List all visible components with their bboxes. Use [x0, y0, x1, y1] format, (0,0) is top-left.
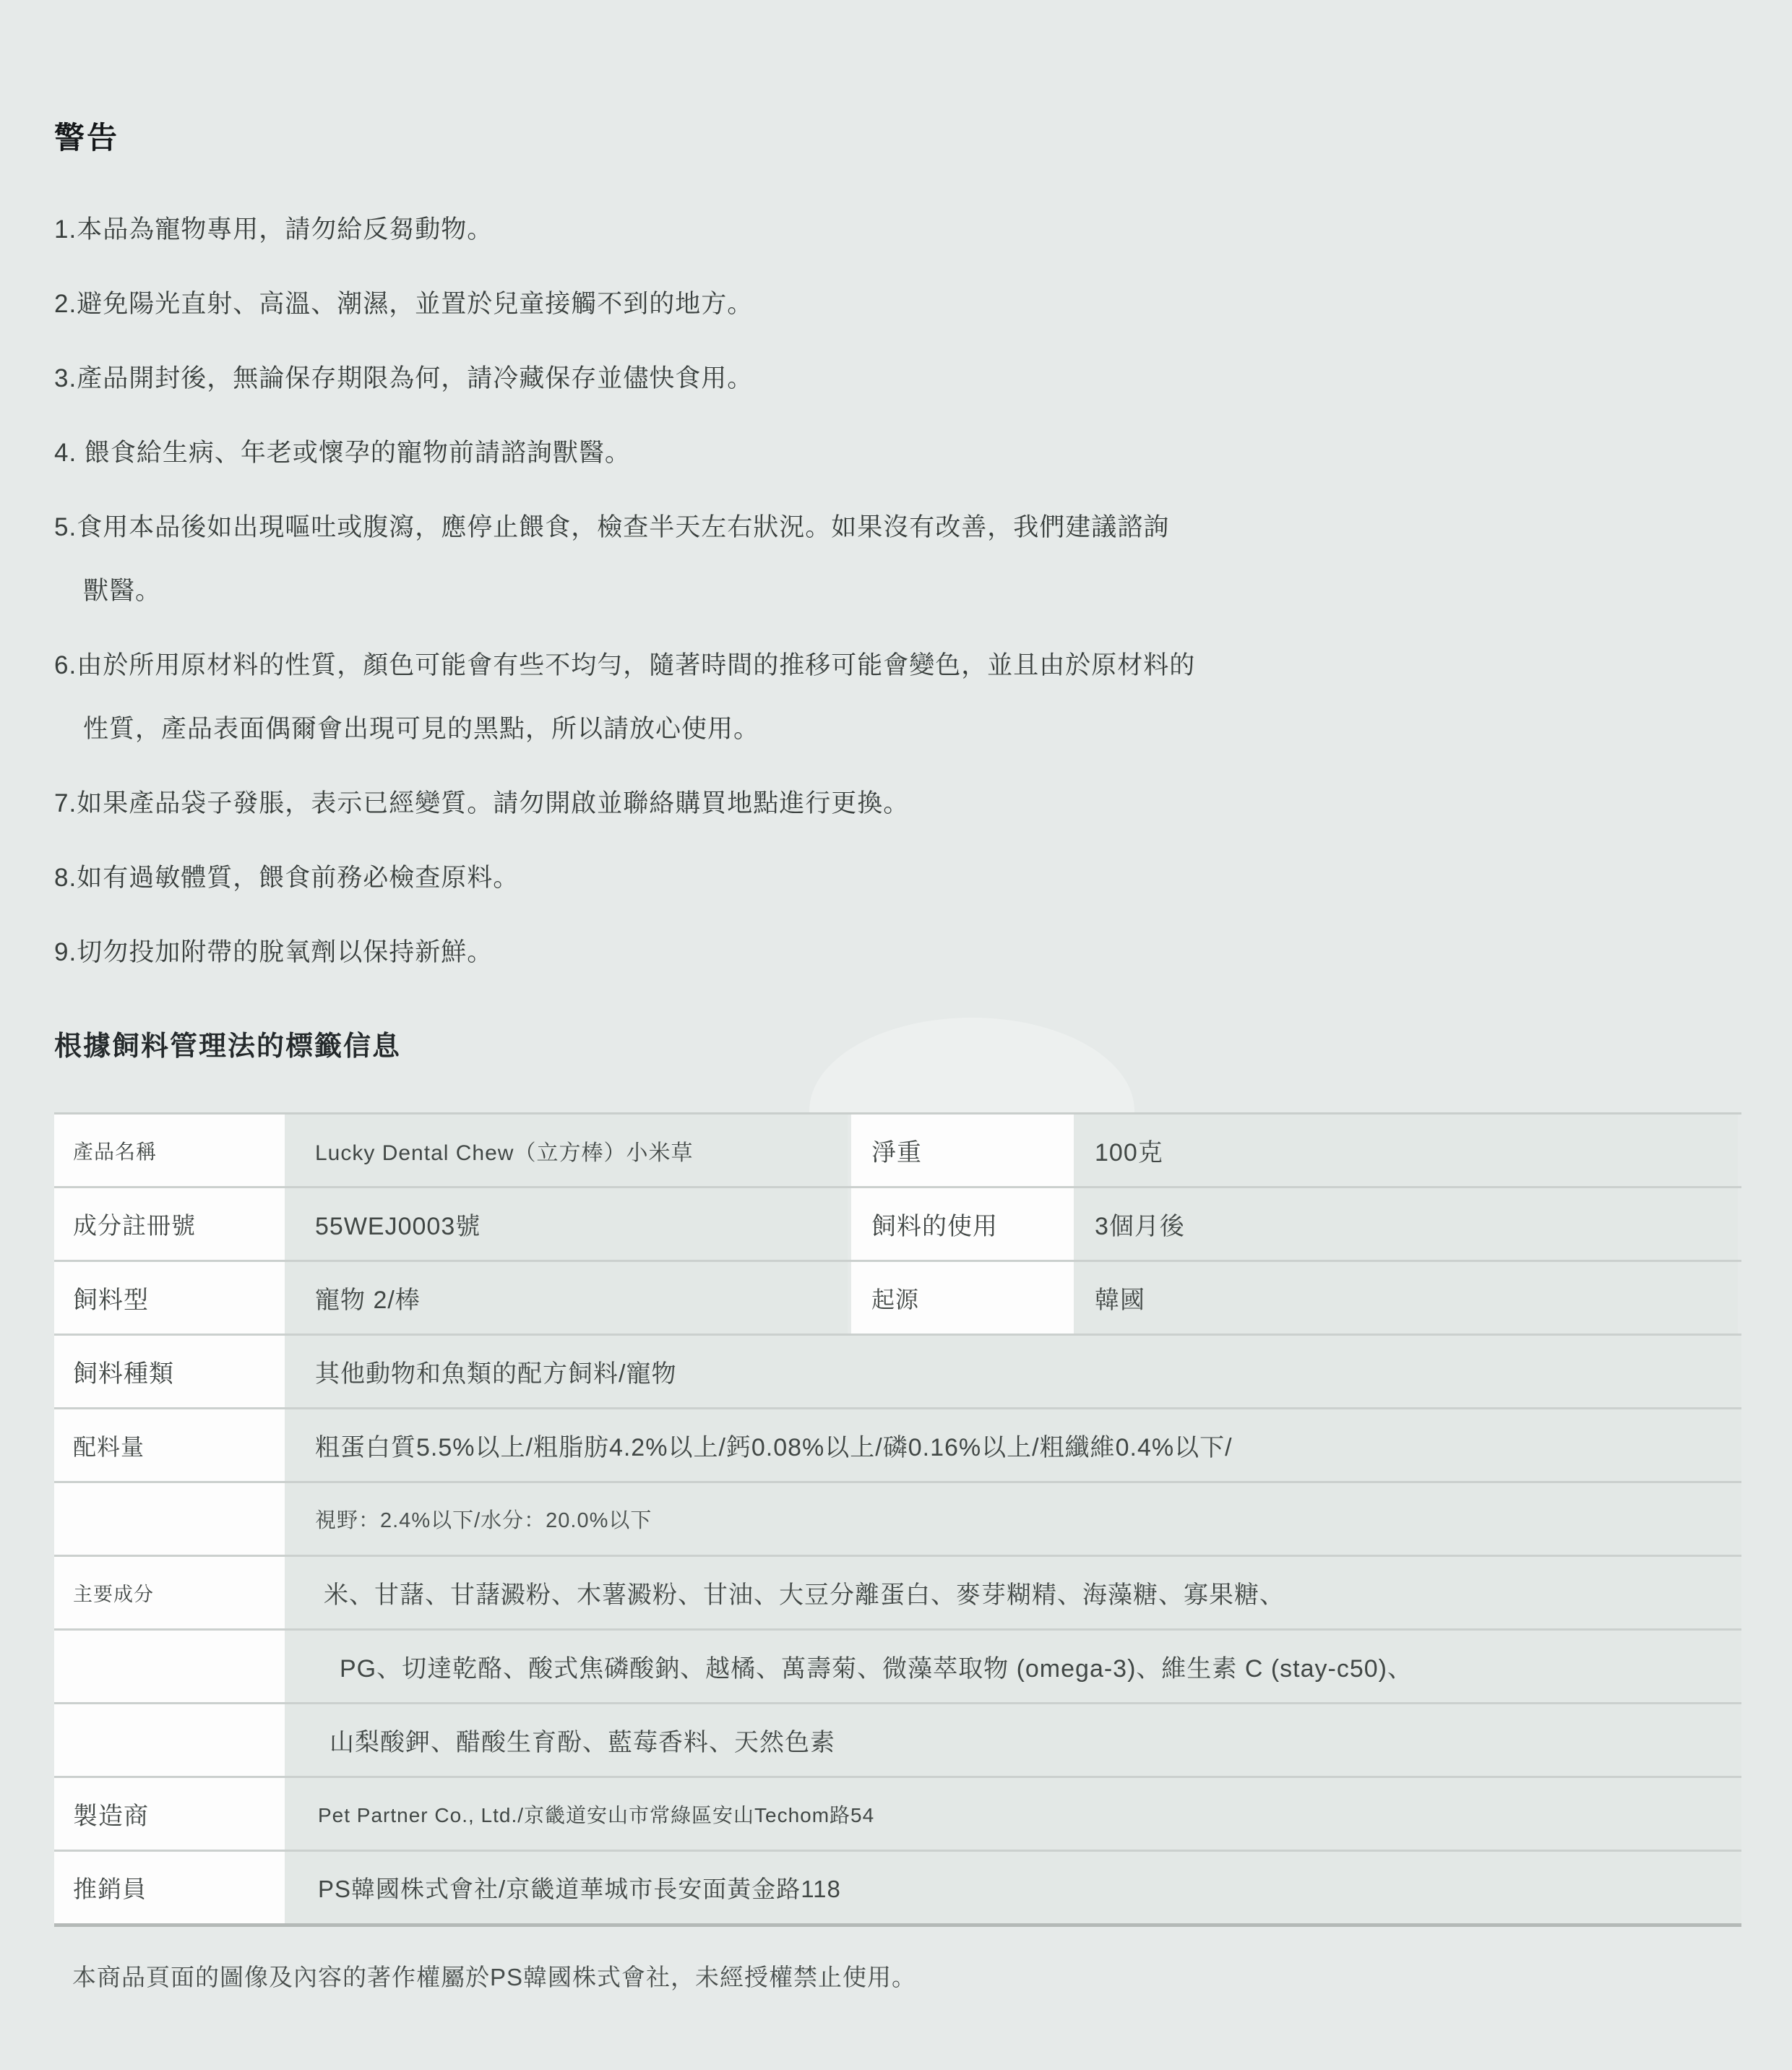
table-value-cell: 韓國	[1074, 1262, 1738, 1334]
warning-item: 2.避免陽光直射、高溫、潮濕，並置於兒童接觸不到的地方。	[54, 291, 1741, 317]
table-row: 視野：2.4%以下/水分：20.0%以下	[54, 1483, 1741, 1557]
table-value-cell: 粗蛋白質5.5%以上/粗脂肪4.2%以上/鈣0.08%以上/磷0.16%以上/粗…	[285, 1409, 1741, 1481]
label-info-table: 產品名稱Lucky Dental Chew（立方棒）小米草淨重100克成分註冊號…	[54, 1112, 1741, 1927]
warning-list: 1.本品為寵物專用，請勿給反芻動物。2.避免陽光直射、高溫、潮濕，並置於兒童接觸…	[54, 217, 1741, 965]
table-label-cell: 產品名稱	[54, 1115, 285, 1186]
table-value-cell: 山梨酸鉀、醋酸生育酚、藍莓香料、天然色素	[285, 1704, 1741, 1776]
table-row: 製造商Pet Partner Co., Ltd./京畿道安山市常綠區安山Tech…	[54, 1778, 1741, 1852]
table-row: 產品名稱Lucky Dental Chew（立方棒）小米草淨重100克	[54, 1115, 1741, 1188]
warning-item: 4. 餵食給生病、年老或懷孕的寵物前請諮詢獸醫。	[54, 440, 1741, 465]
table-row: 推銷員PS韓國株式會社/京畿道華城市長安面黃金路118	[54, 1852, 1741, 1923]
table-value-cell: 100克	[1074, 1115, 1738, 1186]
table-row: 主要成分米、甘藷、甘藷澱粉、木薯澱粉、甘油、大豆分離蛋白、麥芽糊精、海藻糖、寡果…	[54, 1557, 1741, 1631]
table-value-cell: 55WEJ0003號	[285, 1188, 848, 1260]
table-label-cell: 成分註冊號	[54, 1188, 285, 1260]
table-value-cell: PS韓國株式會社/京畿道華城市長安面黃金路118	[285, 1852, 1741, 1923]
warning-item: 性質，產品表面偶爾會出現可見的黑點，所以請放心使用。	[54, 716, 1741, 742]
warning-section-title: 警告	[54, 123, 1741, 153]
copyright-note: 本商品頁面的圖像及內容的著作權屬於PS韓國株式會社，未經授權禁止使用。	[54, 1964, 1741, 1990]
table-row: PG、切達乾酪、酸式焦磷酸鈉、越橘、萬壽菊、微藻萃取物 (omega-3)、維生…	[54, 1631, 1741, 1704]
table-label-cell: 飼料的使用	[848, 1188, 1074, 1260]
table-value-cell: Lucky Dental Chew（立方棒）小米草	[285, 1115, 848, 1186]
warning-item: 1.本品為寵物專用，請勿給反芻動物。	[54, 217, 1741, 242]
table-value-cell: 寵物 2/棒	[285, 1262, 848, 1334]
warning-item: 獸醫。	[54, 578, 1741, 604]
table-value-cell: 其他動物和魚類的配方飼料/寵物	[285, 1336, 1741, 1407]
warning-item: 5.食用本品後如出現嘔吐或腹瀉，應停止餵食，檢查半天左右狀況。如果沒有改善，我們…	[54, 515, 1741, 540]
table-value-cell: Pet Partner Co., Ltd./京畿道安山市常綠區安山Techom路…	[285, 1778, 1741, 1850]
table-value-cell: 3個月後	[1074, 1188, 1738, 1260]
warning-item: 6.由於所用原材料的性質，顏色可能會有些不均勻，隨著時間的推移可能會變色，並且由…	[54, 653, 1741, 678]
product-info-page: 警告 1.本品為寵物專用，請勿給反芻動物。2.避免陽光直射、高溫、潮濕，並置於兒…	[0, 0, 1792, 1990]
table-label-cell	[54, 1631, 285, 1702]
table-label-cell: 推銷員	[54, 1852, 285, 1923]
table-label-cell	[54, 1704, 285, 1776]
table-row: 飼料型寵物 2/棒起源韓國	[54, 1262, 1741, 1336]
warning-item: 9.切勿投加附帶的脫氧劑以保持新鮮。	[54, 940, 1741, 965]
table-label-cell: 配料量	[54, 1409, 285, 1481]
table-label-cell	[54, 1483, 285, 1555]
warning-item: 7.如果產品袋子發脹，表示已經變質。請勿開啟並聯絡購買地點進行更換。	[54, 791, 1741, 816]
table-row: 山梨酸鉀、醋酸生育酚、藍莓香料、天然色素	[54, 1704, 1741, 1778]
table-value-cell: 視野：2.4%以下/水分：20.0%以下	[285, 1483, 1741, 1555]
table-label-cell: 主要成分	[54, 1557, 285, 1628]
table-value-cell: PG、切達乾酪、酸式焦磷酸鈉、越橘、萬壽菊、微藻萃取物 (omega-3)、維生…	[285, 1631, 1741, 1702]
table-value-cell: 米、甘藷、甘藷澱粉、木薯澱粉、甘油、大豆分離蛋白、麥芽糊精、海藻糖、寡果糖、	[285, 1557, 1741, 1628]
table-label-cell: 製造商	[54, 1778, 285, 1850]
table-label-cell: 起源	[848, 1262, 1074, 1334]
table-label-cell: 飼料型	[54, 1262, 285, 1334]
table-row: 飼料種類其他動物和魚類的配方飼料/寵物	[54, 1336, 1741, 1409]
warning-item: 8.如有過敏體質，餵食前務必檢查原料。	[54, 865, 1741, 890]
table-label-cell: 飼料種類	[54, 1336, 285, 1407]
warning-item: 3.產品開封後，無論保存期限為何，請冷藏保存並儘快食用。	[54, 366, 1741, 391]
label-info-section-title: 根據飼料管理法的標籤信息	[54, 1033, 1741, 1060]
table-row: 配料量粗蛋白質5.5%以上/粗脂肪4.2%以上/鈣0.08%以上/磷0.16%以…	[54, 1409, 1741, 1483]
table-label-cell: 淨重	[848, 1115, 1074, 1186]
table-row: 成分註冊號55WEJ0003號飼料的使用3個月後	[54, 1188, 1741, 1262]
